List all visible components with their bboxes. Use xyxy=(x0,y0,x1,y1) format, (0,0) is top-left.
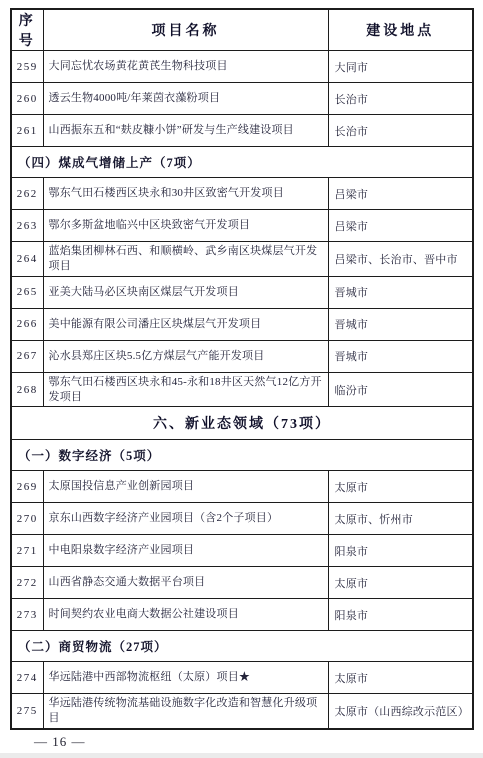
table-row: 274华远陆港中西部物流枢纽（太原）项目★太原市 xyxy=(11,662,473,694)
row-number-cell: 264 xyxy=(11,242,43,277)
subsection-title-cell: （二）商贸物流（27项） xyxy=(11,631,473,662)
section-row: （二）商贸物流（27项） xyxy=(11,631,473,662)
project-name-cell: 华远陆港传统物流基础设施数字化改造和智慧化升级项目 xyxy=(43,694,328,729)
location-cell: 吕梁市、长治市、晋中市 xyxy=(328,242,473,277)
location-cell: 晋城市 xyxy=(328,308,473,340)
row-number-cell: 271 xyxy=(11,535,43,567)
projects-table: 序号 项目名称 建设地点 259大同忘忧农场黄花黄芪生物科技项目大同市260透云… xyxy=(10,8,474,730)
table-body: 259大同忘忧农场黄花黄芪生物科技项目大同市260透云生物4000吨/年莱茵衣藻… xyxy=(11,51,473,730)
row-number-cell: 269 xyxy=(11,471,43,503)
location-cell: 太原市 xyxy=(328,662,473,694)
page-number: — 16 — xyxy=(34,734,86,750)
row-number-cell: 265 xyxy=(11,276,43,308)
table-row: 262鄂东气田石楼西区块永和30井区致密气开发项目吕梁市 xyxy=(11,178,473,210)
row-number-cell: 273 xyxy=(11,599,43,631)
table-row: 265亚美大陆马必区块南区煤层气开发项目晋城市 xyxy=(11,276,473,308)
project-name-cell: 沁水县郑庄区块5.5亿方煤层气产能开发项目 xyxy=(43,340,328,372)
row-number-cell: 267 xyxy=(11,340,43,372)
project-name-cell: 京东山西数字经济产业园项目（含2个子项目） xyxy=(43,503,328,535)
row-number-cell: 259 xyxy=(11,51,43,83)
location-cell: 太原市 xyxy=(328,567,473,599)
project-name-cell: 亚美大陆马必区块南区煤层气开发项目 xyxy=(43,276,328,308)
location-cell: 长治市 xyxy=(328,115,473,147)
table-row: 273时间契约农业电商大数据公社建设项目阳泉市 xyxy=(11,599,473,631)
table-row: 259大同忘忧农场黄花黄芪生物科技项目大同市 xyxy=(11,51,473,83)
table-row: 266美中能源有限公司潘庄区块煤层气开发项目晋城市 xyxy=(11,308,473,340)
table-row: 261山西振东五和“麸皮糠小饼”研发与生产线建设项目长治市 xyxy=(11,115,473,147)
table-row: 270京东山西数字经济产业园项目（含2个子项目）太原市、忻州市 xyxy=(11,503,473,535)
project-name-cell: 透云生物4000吨/年莱茵衣藻粉项目 xyxy=(43,83,328,115)
row-number-cell: 266 xyxy=(11,308,43,340)
section-row: （一）数字经济（5项） xyxy=(11,440,473,471)
location-cell: 吕梁市 xyxy=(328,210,473,242)
section-row: （四）煤成气增储上产（7项） xyxy=(11,147,473,178)
location-cell: 太原市（山西综改示范区） xyxy=(328,694,473,729)
subsection-title-cell: （四）煤成气增储上产（7项） xyxy=(11,147,473,178)
table-row: 268鄂东气田石楼西区块永和45-永和18井区天然气12亿方开发项目临汾市 xyxy=(11,372,473,407)
row-number-cell: 274 xyxy=(11,662,43,694)
project-name-cell: 鄂东气田石楼西区块永和45-永和18井区天然气12亿方开发项目 xyxy=(43,372,328,407)
table-row: 260透云生物4000吨/年莱茵衣藻粉项目长治市 xyxy=(11,83,473,115)
major-section-title-cell: 六、新业态领域（73项） xyxy=(11,407,473,440)
project-name-cell: 山西省静态交通大数据平台项目 xyxy=(43,567,328,599)
project-name-cell: 大同忘忧农场黄花黄芪生物科技项目 xyxy=(43,51,328,83)
location-cell: 吕梁市 xyxy=(328,178,473,210)
table-row: 264蓝焰集团柳林石西、和顺横岭、武乡南区块煤层气开发项目吕梁市、长治市、晋中市 xyxy=(11,242,473,277)
bottom-edge-bar xyxy=(0,753,483,758)
row-number-cell: 268 xyxy=(11,372,43,407)
header-project-name: 项目名称 xyxy=(43,9,328,51)
project-name-cell: 太原国投信息产业创新园项目 xyxy=(43,471,328,503)
project-name-cell: 中电阳泉数字经济产业园项目 xyxy=(43,535,328,567)
location-cell: 长治市 xyxy=(328,83,473,115)
row-number-cell: 260 xyxy=(11,83,43,115)
section-row: 六、新业态领域（73项） xyxy=(11,407,473,440)
project-name-cell: 时间契约农业电商大数据公社建设项目 xyxy=(43,599,328,631)
location-cell: 大同市 xyxy=(328,51,473,83)
table-row: 272山西省静态交通大数据平台项目太原市 xyxy=(11,567,473,599)
row-number-cell: 270 xyxy=(11,503,43,535)
header-location: 建设地点 xyxy=(328,9,473,51)
project-name-cell: 鄂尔多斯盆地临兴中区块致密气开发项目 xyxy=(43,210,328,242)
table-row: 263鄂尔多斯盆地临兴中区块致密气开发项目吕梁市 xyxy=(11,210,473,242)
row-number-cell: 263 xyxy=(11,210,43,242)
subsection-title-cell: （一）数字经济（5项） xyxy=(11,440,473,471)
location-cell: 太原市 xyxy=(328,471,473,503)
location-cell: 临汾市 xyxy=(328,372,473,407)
project-name-cell: 鄂东气田石楼西区块永和30井区致密气开发项目 xyxy=(43,178,328,210)
location-cell: 晋城市 xyxy=(328,340,473,372)
location-cell: 晋城市 xyxy=(328,276,473,308)
table-row: 275华远陆港传统物流基础设施数字化改造和智慧化升级项目太原市（山西综改示范区） xyxy=(11,694,473,729)
project-name-cell: 美中能源有限公司潘庄区块煤层气开发项目 xyxy=(43,308,328,340)
header-serial-number: 序号 xyxy=(11,9,43,51)
row-number-cell: 275 xyxy=(11,694,43,729)
project-name-cell: 山西振东五和“麸皮糠小饼”研发与生产线建设项目 xyxy=(43,115,328,147)
location-cell: 阳泉市 xyxy=(328,599,473,631)
table-row: 267沁水县郑庄区块5.5亿方煤层气产能开发项目晋城市 xyxy=(11,340,473,372)
document-page: 序号 项目名称 建设地点 259大同忘忧农场黄花黄芪生物科技项目大同市260透云… xyxy=(0,8,483,730)
table-row: 271中电阳泉数字经济产业园项目阳泉市 xyxy=(11,535,473,567)
location-cell: 太原市、忻州市 xyxy=(328,503,473,535)
table-header-row: 序号 项目名称 建设地点 xyxy=(11,9,473,51)
project-name-cell: 华远陆港中西部物流枢纽（太原）项目★ xyxy=(43,662,328,694)
row-number-cell: 262 xyxy=(11,178,43,210)
row-number-cell: 261 xyxy=(11,115,43,147)
project-name-cell: 蓝焰集团柳林石西、和顺横岭、武乡南区块煤层气开发项目 xyxy=(43,242,328,277)
location-cell: 阳泉市 xyxy=(328,535,473,567)
row-number-cell: 272 xyxy=(11,567,43,599)
table-row: 269太原国投信息产业创新园项目太原市 xyxy=(11,471,473,503)
